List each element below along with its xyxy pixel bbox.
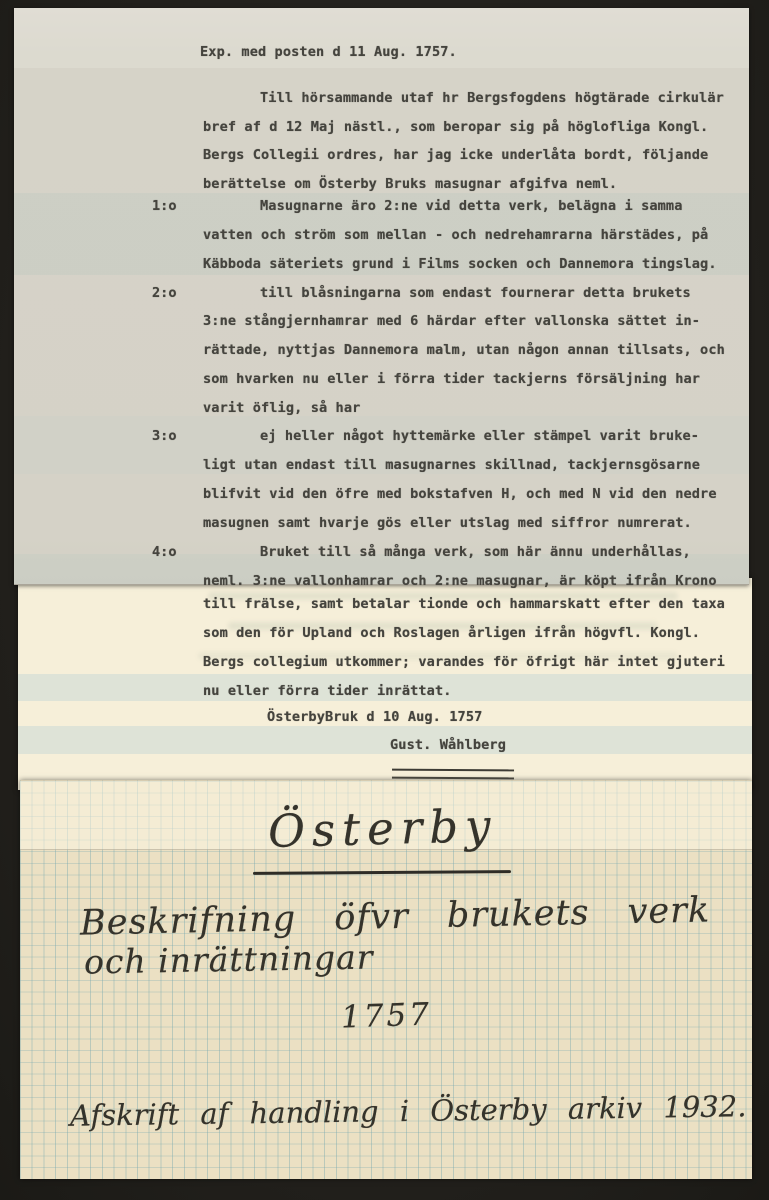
typed-line: till blåsningarna som endast fournerar d…: [203, 285, 691, 301]
typed-line: Bergs Collegii ordres, har jag icke unde…: [203, 147, 708, 163]
scanned-document: Exp. med posten d 11 Aug. 1757. Till hör…: [0, 0, 769, 1200]
typed-line: neml. 3:ne vallonhamrar och 2:ne masugna…: [203, 573, 717, 589]
item-number: 4:o: [152, 544, 177, 560]
typed-line: Bruket till så många verk, som här ännu …: [203, 544, 691, 560]
item-number: 2:o: [152, 285, 177, 301]
typed-line: Masugnarne äro 2:ne vid detta verk, belä…: [203, 198, 683, 214]
typed-line: ligt utan endast till masugnarnes skilln…: [203, 457, 700, 473]
item-number: 3:o: [152, 428, 177, 444]
handwritten-year: 1757: [340, 996, 432, 1035]
gray-tonal-band: [18, 726, 752, 754]
typed-line: ej heller något hyttemärke eller stämpel…: [203, 428, 699, 444]
typed-line: blifvit vid den öfre med bokstafven H, o…: [203, 486, 717, 502]
typed-place-date: ÖsterbyBruk d 10 Aug. 1757: [267, 709, 482, 725]
typed-line: Till hörsammande utaf hr Bergsfogdens hö…: [203, 90, 724, 106]
typed-line: Käbboda säteriets grund i Films socken o…: [203, 256, 717, 272]
typed-line: som den för Upland och Roslagen årligen …: [203, 625, 700, 641]
typed-line: 3:ne stångjernhamrar med 6 härdar efter …: [203, 313, 700, 329]
handwritten-title: Österby: [267, 799, 498, 858]
typed-line: bref af d 12 Maj nästl., som beropar sig…: [203, 119, 708, 135]
typed-line: berättelse om Österby Bruks masugnar afg…: [203, 176, 617, 192]
typed-line: rättade, nyttjas Dannemora malm, utan nå…: [203, 342, 725, 358]
item-number: 1:o: [152, 198, 177, 214]
typed-line: till frälse, samt betalar tionde och ham…: [203, 596, 725, 612]
typed-line: som hvarken nu eller i förra tider tackj…: [203, 371, 700, 387]
closing-rule: [392, 769, 514, 780]
typed-line: vatten och ström som mellan - och nedreh…: [203, 227, 708, 243]
typed-line: varit öflig, så har: [203, 400, 360, 416]
typed-line: masugnen samt hvarje gös eller utslag me…: [203, 515, 692, 531]
handwritten-description-line2: och inrättningar: [84, 937, 374, 981]
typed-line: Bergs collegium utkommer; varandes för ö…: [203, 654, 725, 670]
typed-dateline: Exp. med posten d 11 Aug. 1757.: [200, 44, 457, 60]
typed-signature: Gust. Wåhlberg: [390, 737, 506, 753]
typed-line: nu eller förra tider inrättat.: [203, 683, 452, 699]
